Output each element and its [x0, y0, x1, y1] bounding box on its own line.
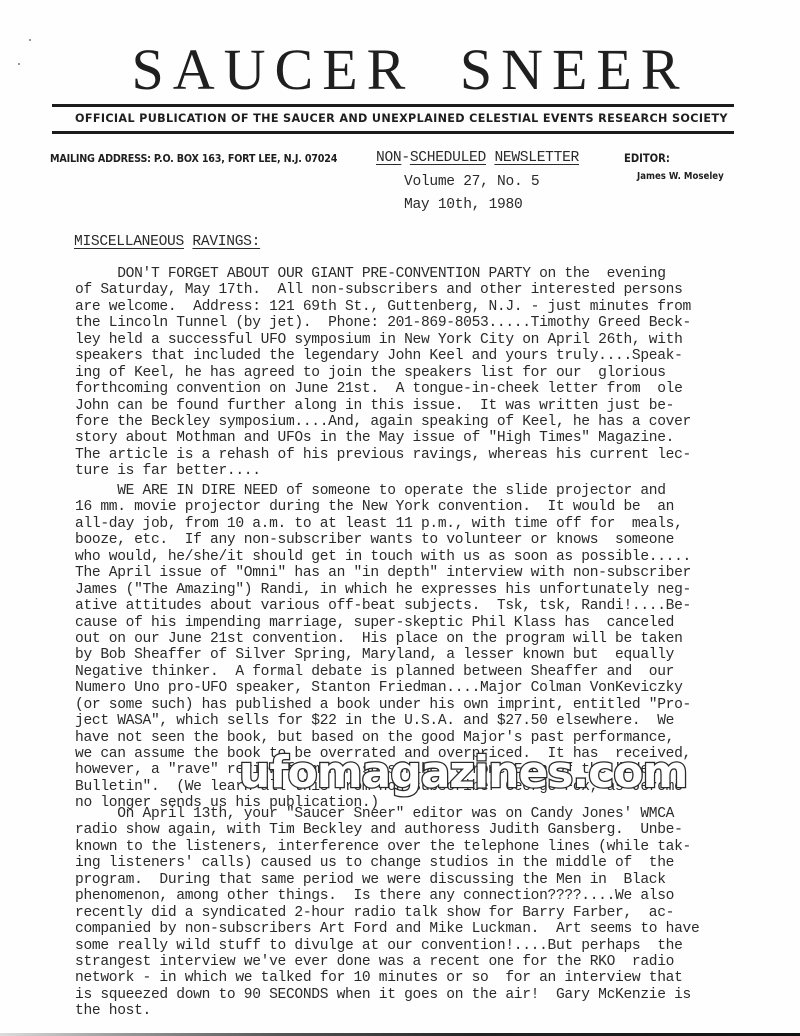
text-line: the Lincoln Tunnel (by jet). Phone: 201-… — [75, 315, 775, 331]
newsletter-kind-hyphen: - — [401, 150, 409, 166]
scan-speck — [18, 63, 20, 65]
text-line: 16 mm. movie projector during the New Yo… — [75, 499, 775, 515]
text-line: ing of Keel, he has agreed to join the s… — [75, 365, 775, 381]
text-line: all-day job, from 10 a.m. to at least 11… — [75, 516, 775, 532]
mailing-address: MAILING ADDRESS: P.O. BOX 163, FORT LEE,… — [50, 153, 337, 166]
text-line: the host. — [75, 1003, 775, 1019]
text-line: cause of his impending marriage, super-s… — [75, 615, 775, 631]
paragraph-party: DON'T FORGET ABOUT OUR GIANT PRE-CONVENT… — [75, 266, 775, 480]
text-line: ley held a successful UFO symposium in N… — [75, 332, 775, 348]
text-line: known to the listeners, interference ove… — [75, 839, 775, 855]
text-line: DON'T FORGET ABOUT OUR GIANT PRE-CONVENT… — [75, 266, 775, 282]
masthead-top-rule — [52, 104, 734, 107]
text-line: booze, etc. If any non-subscriber wants … — [75, 532, 775, 548]
watermark: ufomagazines.com — [239, 749, 687, 797]
text-line: radio show again, with Tim Beckley and a… — [75, 822, 775, 838]
text-line: (or some such) has published a book unde… — [75, 697, 775, 713]
text-line: James ("The Amazing") Randi, in which he… — [75, 582, 775, 598]
newsletter-kind-part: SCHEDULED — [410, 150, 486, 166]
text-line: strangest interview we've ever done was … — [75, 954, 775, 970]
scan-speck — [29, 39, 31, 41]
text-line: some really wild stuff to divulge at our… — [75, 938, 775, 954]
editor-name: James W. Moseley — [637, 171, 724, 183]
text-line: program. During that same period we were… — [75, 872, 775, 888]
newsletter-kind-part: NEWSLETTER — [494, 150, 579, 166]
text-line: speakers that included the legendary Joh… — [75, 348, 775, 364]
editor-label: EDITOR: — [624, 153, 670, 166]
newsletter-page: SAUCER SNEER OFFICIAL PUBLICATION OF THE… — [0, 0, 800, 1036]
text-line: phenomenon, among other things. Is there… — [75, 888, 775, 904]
text-line: is squeezed down to 90 SECONDS when it g… — [75, 987, 775, 1003]
text-line: Numero Uno pro-UFO speaker, Stanton Frie… — [75, 680, 775, 696]
text-line: out on our June 21st convention. His pla… — [75, 631, 775, 647]
newsletter-kind: NON-SCHEDULED NEWSLETTER — [376, 150, 579, 166]
volume-number: Volume 27, No. 5 — [404, 174, 539, 190]
newsletter-kind-part: NON — [376, 150, 401, 166]
paragraph-radio: On April 13th, your "Saucer Sneer" edito… — [75, 806, 775, 1020]
text-line: have not seen the book, but based on the… — [75, 730, 775, 746]
text-line: of Saturday, May 17th. All non-subscribe… — [75, 282, 775, 298]
text-line: ative attitudes about various off-beat s… — [75, 598, 775, 614]
text-line: Negative thinker. A formal debate is pla… — [75, 664, 775, 680]
text-line: are welcome. Address: 121 69th St., Gutt… — [75, 299, 775, 315]
text-line: by Bob Sheaffer of Silver Spring, Maryla… — [75, 647, 775, 663]
text-line: who would, he/she/it should get in touch… — [75, 549, 775, 565]
text-line: The April issue of "Omni" has an "in dep… — [75, 565, 775, 581]
masthead-title: SAUCER SNEER — [0, 40, 800, 100]
text-line: story about Mothman and UFOs in the May … — [75, 430, 775, 446]
section-heading-word: RAVINGS: — [192, 234, 260, 250]
text-line: WE ARE IN DIRE NEED of someone to operat… — [75, 483, 775, 499]
text-line: ing listeners' calls) caused us to chang… — [75, 855, 775, 871]
text-line: recently did a syndicated 2-hour radio t… — [75, 905, 775, 921]
text-line: The article is a rehash of his previous … — [75, 447, 775, 463]
text-line: forthcoming convention on June 21st. A t… — [75, 381, 775, 397]
section-heading-word: MISCELLANEOUS — [74, 234, 184, 250]
text-line: fore the Beckley symposium....And, again… — [75, 414, 775, 430]
text-line: network - in which we talked for 10 minu… — [75, 970, 775, 986]
masthead-subtitle: OFFICIAL PUBLICATION OF THE SAUCER AND U… — [75, 112, 735, 125]
text-line: companied by non-subscribers Art Ford an… — [75, 921, 775, 937]
text-line: John can be found further along in this … — [75, 398, 775, 414]
text-line: ture is far better.... — [75, 463, 775, 479]
text-line: On April 13th, your "Saucer Sneer" edito… — [75, 806, 775, 822]
masthead-bottom-rule — [52, 131, 734, 134]
section-heading: MISCELLANEOUS RAVINGS: — [74, 234, 260, 250]
text-line: ject WASA", which sells for $22 in the U… — [75, 713, 775, 729]
issue-date: May 10th, 1980 — [404, 197, 522, 213]
